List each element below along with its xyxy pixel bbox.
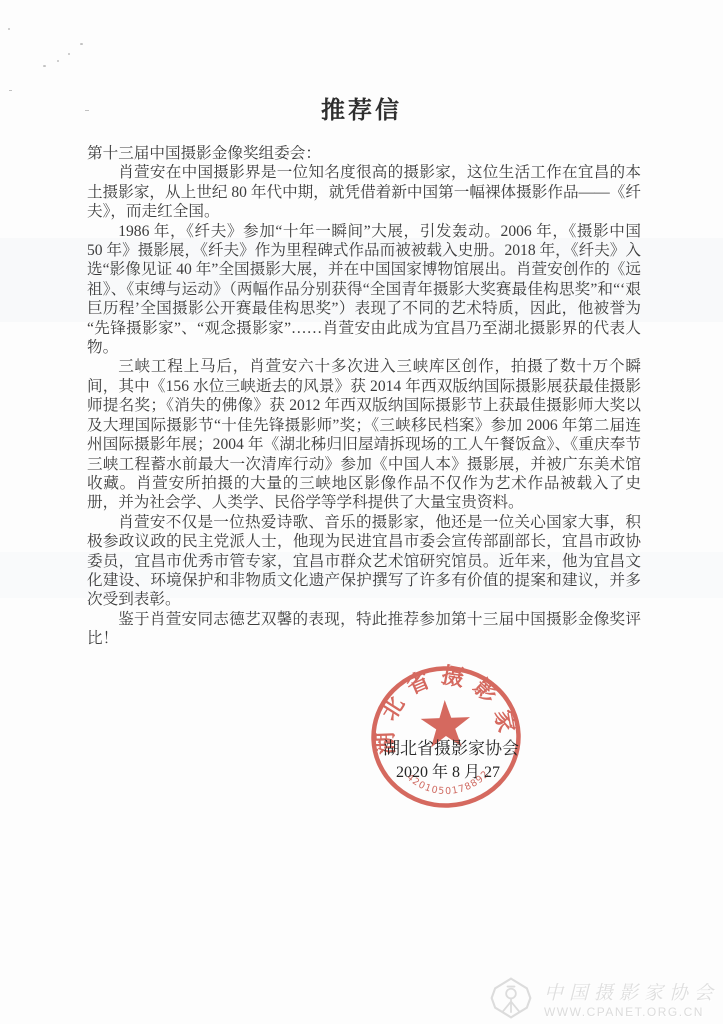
letter-title: 推荐信 [0, 90, 723, 125]
greeting-line: 第十三届中国摄影金像奖组委会： [87, 144, 641, 163]
signature-organization: 湖北省摄影家协会 [383, 737, 519, 761]
paragraph-2: 1986 年，《纤夫》参加“十年一瞬间”大展，引发轰动。2006 年，《摄影中国… [87, 222, 641, 358]
paragraph-5: 鉴于肖萱安同志德艺双馨的表现，特此推荐参加第十三届中国摄影金像奖评比！ [87, 610, 641, 649]
scan-speck [57, 60, 59, 62]
watermark-url: WWW.CPANET.ORG.CN [544, 1005, 704, 1019]
scan-speck [80, 43, 83, 45]
scan-speck [8, 28, 10, 30]
paragraph-4: 肖萱安不仅是一位热爱诗歌、音乐的摄影家，他还是一位关心国家大事，积极参政议政的民… [87, 513, 641, 610]
scan-speck [68, 53, 70, 55]
paragraph-3: 三峡工程上马后，肖萱安六十多次进入三峡库区创作，拍摄了数十万个瞬间，其中《156… [87, 357, 641, 512]
signature-date: 2020 年 8 月 27 [383, 761, 519, 785]
camera-tripod-logo-icon [485, 976, 537, 1020]
letter-body: 第十三届中国摄影金像奖组委会： 肖萱安在中国摄影界是一位知名度很高的摄影家，这位… [87, 144, 641, 649]
watermark-org-name: 中国摄影家协会 [544, 978, 719, 1005]
site-watermark: 中国摄影家协会 WWW.CPANET.ORG.CN [485, 976, 719, 1020]
paragraph-1: 肖萱安在中国摄影界是一位知名度很高的摄影家，这位生活工作在宜昌的本土摄影家，从上… [87, 163, 641, 221]
scan-speck [43, 65, 46, 67]
letter-page: 推荐信 第十三届中国摄影金像奖组委会： 肖萱安在中国摄影界是一位知名度很高的摄影… [0, 0, 723, 1024]
signature-block: 湖北省摄影家协会 2020 年 8 月 27 [383, 737, 519, 785]
